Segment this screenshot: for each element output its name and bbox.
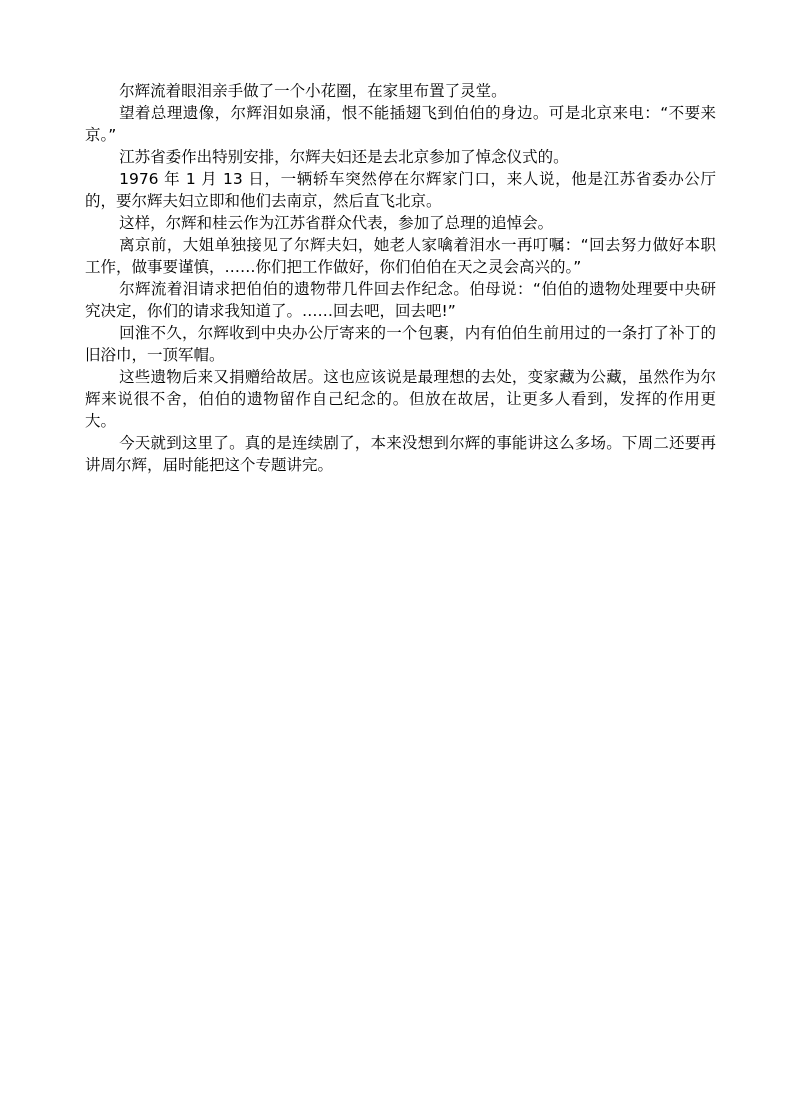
paragraph: 尔辉流着泪请求把伯伯的遗物带几件回去作纪念。伯母说：“伯伯的遗物处理要中央研究决… bbox=[85, 278, 716, 322]
paragraph: 这样，尔辉和桂云作为江苏省群众代表，参加了总理的追悼会。 bbox=[85, 212, 716, 234]
paragraph: 尔辉流着眼泪亲手做了一个小花圈，在家里布置了灵堂。 bbox=[85, 80, 716, 102]
document-page: 尔辉流着眼泪亲手做了一个小花圈，在家里布置了灵堂。 望着总理遗像，尔辉泪如泉涌，… bbox=[0, 0, 800, 1100]
paragraph: 望着总理遗像，尔辉泪如泉涌，恨不能插翅飞到伯伯的身边。可是北京来电：“不要来京。… bbox=[85, 102, 716, 146]
paragraph: 今天就到这里了。真的是连续剧了，本来没想到尔辉的事能讲这么多场。下周二还要再讲周… bbox=[85, 432, 716, 476]
paragraph: 江苏省委作出特别安排，尔辉夫妇还是去北京参加了悼念仪式的。 bbox=[85, 146, 716, 168]
paragraph: 这些遗物后来又捐赠给故居。这也应该说是最理想的去处，变家藏为公藏，虽然作为尔辉来… bbox=[85, 366, 716, 432]
document-body: 尔辉流着眼泪亲手做了一个小花圈，在家里布置了灵堂。 望着总理遗像，尔辉泪如泉涌，… bbox=[85, 80, 716, 476]
paragraph: 1976 年 1 月 13 日，一辆轿车突然停在尔辉家门口，来人说，他是江苏省委… bbox=[85, 168, 716, 212]
paragraph: 回淮不久，尔辉收到中央办公厅寄来的一个包裹，内有伯伯生前用过的一条打了补丁的旧浴… bbox=[85, 322, 716, 366]
paragraph: 离京前，大姐单独接见了尔辉夫妇，她老人家噙着泪水一再叮嘱：“回去努力做好本职工作… bbox=[85, 234, 716, 278]
